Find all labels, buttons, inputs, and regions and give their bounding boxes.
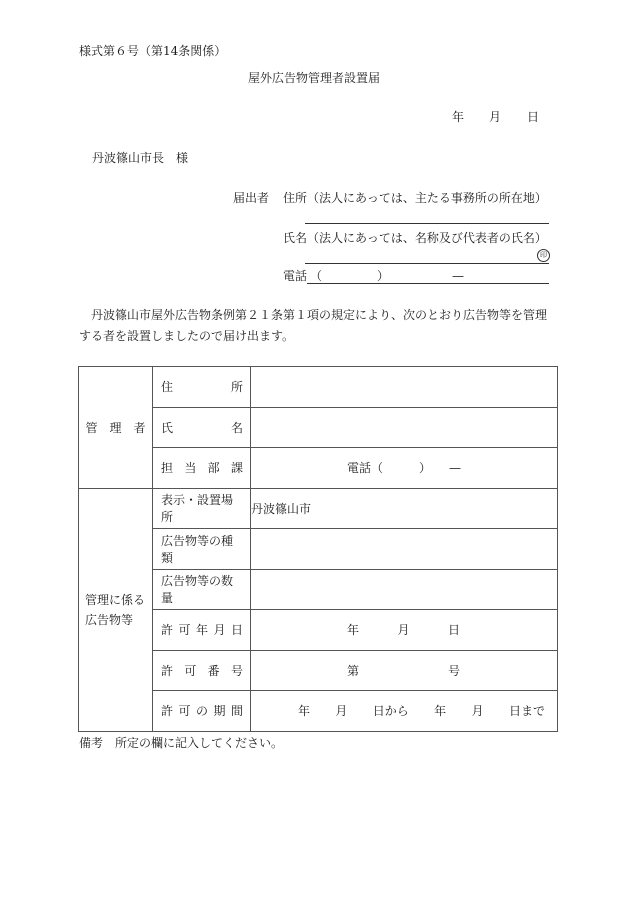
label-char: 課 <box>231 459 243 476</box>
row-label-location: 表示・設置場所 <box>153 488 251 529</box>
label-char: 日 <box>231 621 243 638</box>
value-part: 日 <box>448 621 460 638</box>
phone-open-paren: （ <box>310 269 322 283</box>
label-char: 期 <box>213 702 225 719</box>
label-char: 担 <box>161 459 173 476</box>
value-part: 日から <box>373 702 409 719</box>
value-part: 年 <box>347 621 359 638</box>
date-month: 月 <box>489 110 501 124</box>
label-char: 月 <box>213 621 225 638</box>
location-field[interactable]: 丹波篠山市 <box>251 488 558 529</box>
form-number: 様式第６号（第14条関係） <box>79 44 226 58</box>
ad-quantity-field[interactable] <box>251 569 558 610</box>
phone-label: 電話 <box>283 269 307 283</box>
ad-group-line-2: 広告物等 <box>85 613 133 627</box>
label-char: 間 <box>231 702 243 719</box>
manager-name-field[interactable] <box>251 407 558 448</box>
address-label: 住所（法人にあっては、主たる事務所の所在地） <box>283 191 547 205</box>
row-label-name: 氏名 <box>153 407 251 448</box>
address-field[interactable] <box>305 223 549 224</box>
value-part: 月 <box>335 702 347 719</box>
label-char: 年 <box>196 621 208 638</box>
ad-group-line-1: 管理に係る <box>85 593 145 607</box>
value-part: 月 <box>472 702 484 719</box>
row-label-permit-period: 許可の期間 <box>153 691 251 732</box>
label-char: 氏 <box>161 419 173 436</box>
manager-form-table: 管 理 者 住所 氏名 担当部課 電話（ ） — 管理に係る広告物等 表示・設置… <box>78 366 558 732</box>
label-char: 名 <box>231 419 243 436</box>
row-label-permit-number: 許可番号 <box>153 650 251 691</box>
label-char: 住 <box>161 378 173 395</box>
manager-department-phone-field[interactable]: 電話（ ） — <box>251 448 558 489</box>
label-char: 可 <box>184 662 196 679</box>
date-year: 年 <box>452 110 464 124</box>
seal-mark: 印 <box>537 249 550 262</box>
label-char: 許 <box>161 621 173 638</box>
body-text-line-2: する者を設置しましたので届け出ます。 <box>79 329 294 343</box>
value-part: 第 <box>347 662 359 679</box>
addressee: 丹波篠山市長 様 <box>92 151 188 165</box>
row-label-ad-type: 広告物等の種類 <box>153 529 251 570</box>
ad-group-label: 管理に係る広告物等 <box>79 488 153 731</box>
permit-period-field[interactable]: 年月日から年月日まで <box>251 691 558 732</box>
phone-dash: — <box>452 269 464 283</box>
label-char: 許 <box>161 702 173 719</box>
label-char: 番 <box>208 662 220 679</box>
label-char: の <box>196 702 208 719</box>
row-label-address: 住所 <box>153 367 251 408</box>
label-char: 部 <box>208 459 220 476</box>
date-day: 日 <box>527 110 539 124</box>
value-part: 号 <box>448 662 460 679</box>
value-part: 年 <box>298 702 310 719</box>
label-char: 所 <box>231 378 243 395</box>
name-label: 氏名（法人にあっては、名称及び代表者の氏名） <box>283 231 547 245</box>
phone-close-paren: ） <box>377 269 389 283</box>
permit-date-field[interactable]: 年月日 <box>251 610 558 651</box>
label-char: 当 <box>184 459 196 476</box>
ad-type-field[interactable] <box>251 529 558 570</box>
label-char: 許 <box>161 662 173 679</box>
table-row: 管 理 者 住所 <box>79 367 558 408</box>
value-part: 月 <box>397 621 409 638</box>
label-text: 広告物等の数量 <box>161 572 243 606</box>
permit-number-field[interactable]: 第号 <box>251 650 558 691</box>
name-field[interactable] <box>305 263 549 264</box>
value-part: 年 <box>434 702 446 719</box>
manager-group-label: 管 理 者 <box>79 367 153 489</box>
phone-field[interactable] <box>307 283 549 284</box>
label-text: 表示・設置場所 <box>161 491 243 525</box>
page-title: 屋外広告物管理者設置届 <box>248 71 380 85</box>
body-text-line-1: 丹波篠山市屋外広告物条例第２１条第１項の規定により、次のとおり広告物等を管理 <box>79 308 547 322</box>
label-char: 号 <box>231 662 243 679</box>
remarks-note: 備考 所定の欄に記入してください。 <box>79 736 283 750</box>
label-char: 可 <box>178 702 190 719</box>
applicant-label: 届出者 <box>233 191 269 205</box>
label-char: 可 <box>178 621 190 638</box>
row-label-department: 担当部課 <box>153 448 251 489</box>
manager-address-field[interactable] <box>251 367 558 408</box>
value-part: 日まで <box>509 702 545 719</box>
label-text: 広告物等の種類 <box>161 532 243 566</box>
table-row: 管理に係る広告物等 表示・設置場所 丹波篠山市 <box>79 488 558 529</box>
row-label-ad-quantity: 広告物等の数量 <box>153 569 251 610</box>
row-label-permit-date: 許可年月日 <box>153 610 251 651</box>
